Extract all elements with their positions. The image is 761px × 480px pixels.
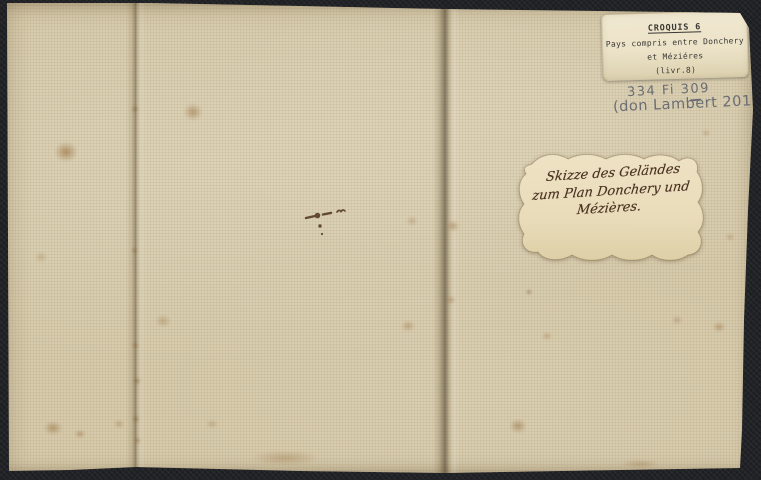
ink-mark [300, 203, 352, 243]
typed-label-line3: (livr.8) [604, 62, 748, 80]
old-handwritten-label: Skizze des Geländes zum Plan Donchery un… [515, 149, 707, 265]
scanned-document-page: CROQUIS 6 Pays compris entre Donchery et… [0, 0, 761, 480]
linen-cover: CROQUIS 6 Pays compris entre Donchery et… [0, 0, 761, 480]
typed-label: CROQUIS 6 Pays compris entre Donchery et… [601, 10, 749, 81]
fold-crease-left [126, 0, 146, 480]
fold-crease-right [433, 0, 460, 480]
